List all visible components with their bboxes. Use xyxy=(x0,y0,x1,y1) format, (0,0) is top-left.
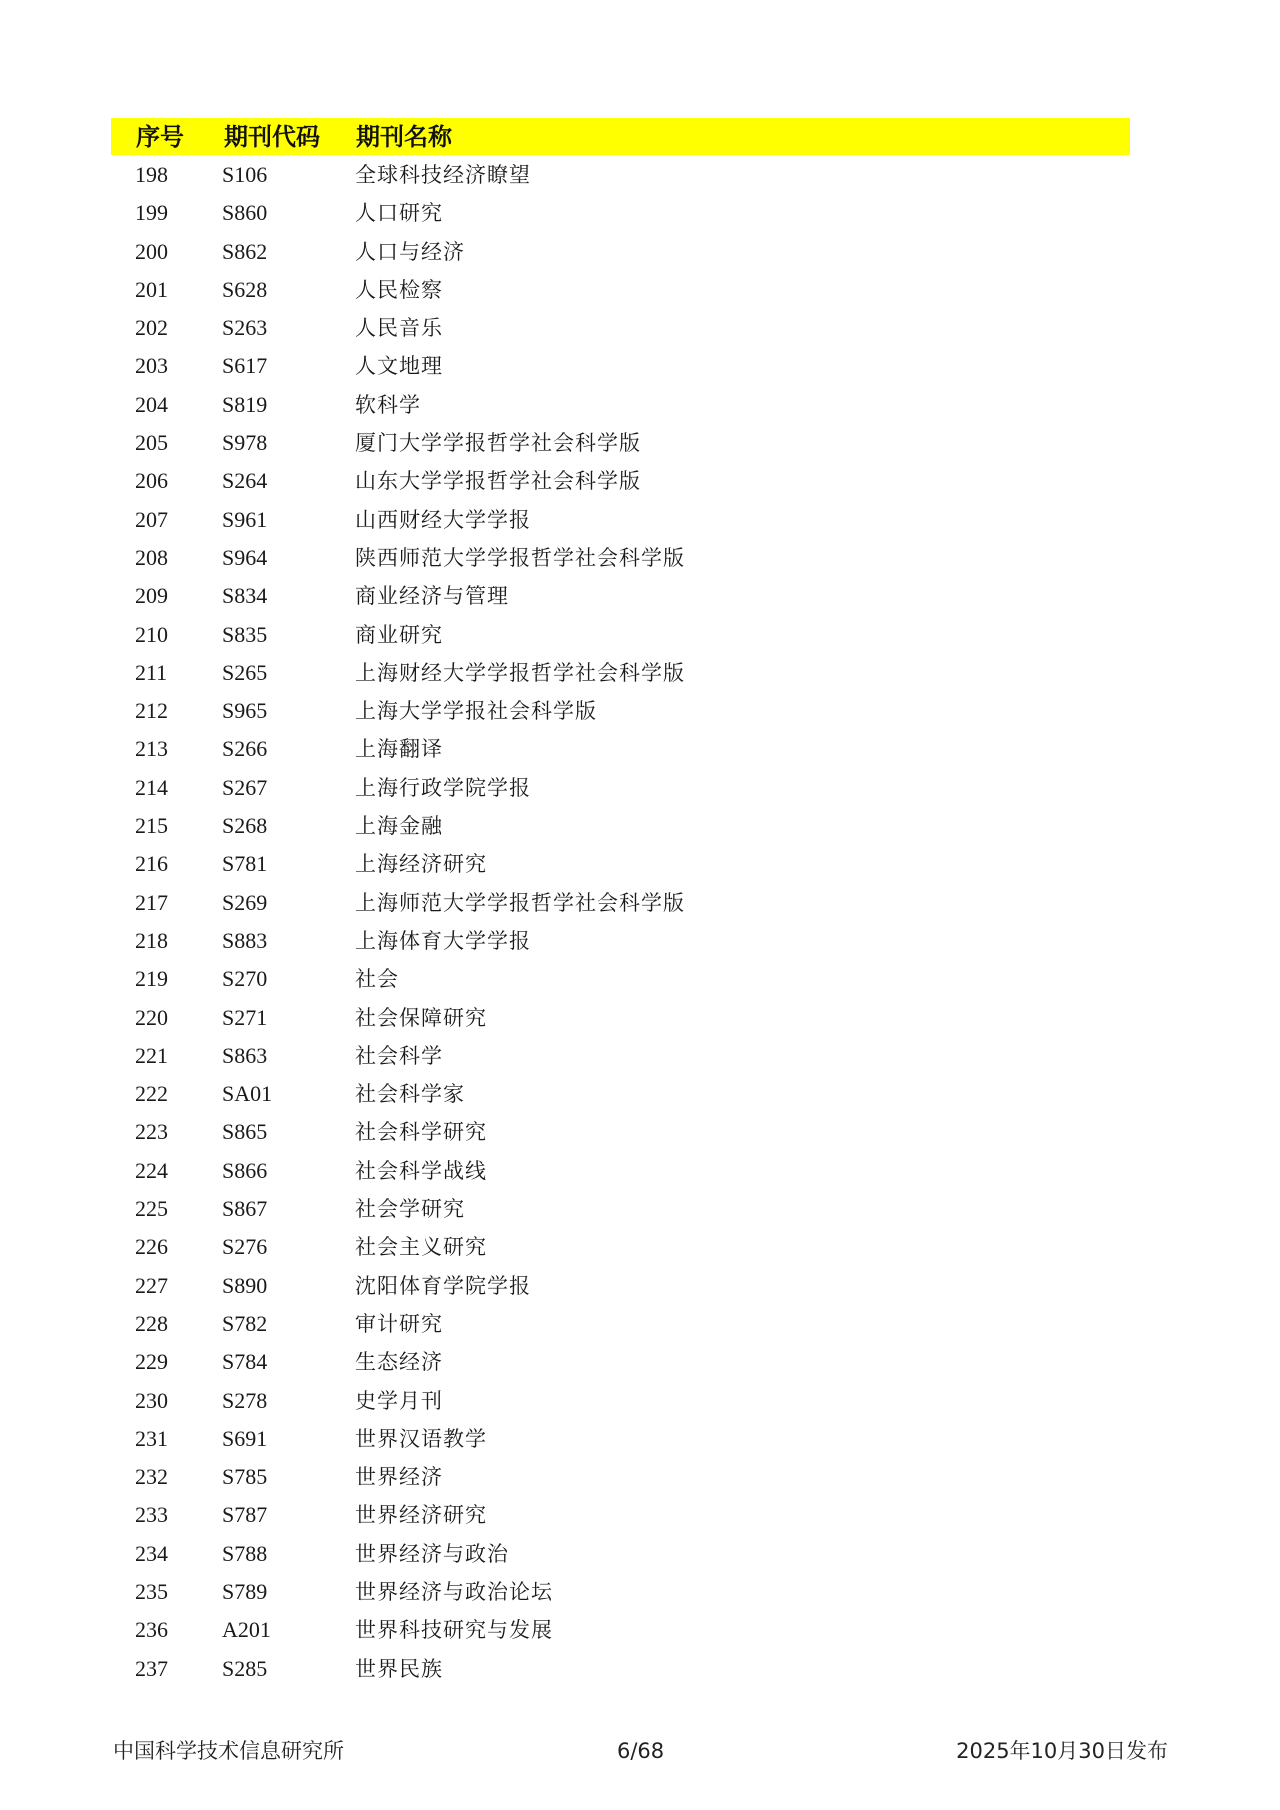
table-row: 202S263人民音乐 xyxy=(0,309,1280,347)
cell-name: 陕西师范大学学报哲学社会科学版 xyxy=(355,539,685,577)
cell-seq: 231 xyxy=(135,1420,168,1458)
cell-code: S961 xyxy=(222,501,267,539)
table-row: 198S106全球科技经济瞭望 xyxy=(0,156,1280,194)
cell-seq: 205 xyxy=(135,424,168,462)
cell-seq: 213 xyxy=(135,730,168,768)
cell-code: S787 xyxy=(222,1496,267,1534)
cell-code: S865 xyxy=(222,1113,267,1151)
cell-seq: 208 xyxy=(135,539,168,577)
cell-seq: 232 xyxy=(135,1458,168,1496)
cell-seq: 209 xyxy=(135,577,168,615)
table-row: 237S285世界民族 xyxy=(0,1650,1280,1688)
cell-code: S965 xyxy=(222,692,267,730)
cell-code: S789 xyxy=(222,1573,267,1611)
cell-code: S785 xyxy=(222,1458,267,1496)
cell-name: 商业研究 xyxy=(355,616,443,654)
cell-name: 世界民族 xyxy=(355,1650,443,1688)
cell-seq: 210 xyxy=(135,616,168,654)
table-row: 199S860人口研究 xyxy=(0,194,1280,232)
cell-name: 社会学研究 xyxy=(355,1190,465,1228)
table-row: 205S978厦门大学学报哲学社会科学版 xyxy=(0,424,1280,462)
cell-code: S691 xyxy=(222,1420,267,1458)
cell-name: 史学月刊 xyxy=(355,1382,443,1420)
cell-name: 世界经济研究 xyxy=(355,1496,487,1534)
table-row: 209S834商业经济与管理 xyxy=(0,577,1280,615)
table-row: 208S964陕西师范大学学报哲学社会科学版 xyxy=(0,539,1280,577)
cell-name: 上海经济研究 xyxy=(355,845,487,883)
document-page: 序号 期刊代码 期刊名称 198S106全球科技经济瞭望199S860人口研究2… xyxy=(0,0,1280,1810)
cell-code: A201 xyxy=(222,1611,271,1649)
table-row: 231S691世界汉语教学 xyxy=(0,1420,1280,1458)
cell-name: 全球科技经济瞭望 xyxy=(355,156,531,194)
table-row: 223S865社会科学研究 xyxy=(0,1113,1280,1151)
table-row: 200S862人口与经济 xyxy=(0,233,1280,271)
cell-seq: 220 xyxy=(135,999,168,1037)
cell-seq: 228 xyxy=(135,1305,168,1343)
cell-code: SA01 xyxy=(222,1075,272,1113)
cell-seq: 223 xyxy=(135,1113,168,1151)
table-row: 212S965上海大学学报社会科学版 xyxy=(0,692,1280,730)
cell-name: 社会主义研究 xyxy=(355,1228,487,1266)
table-row: 215S268上海金融 xyxy=(0,807,1280,845)
cell-code: S269 xyxy=(222,884,267,922)
table-row: 222SA01社会科学家 xyxy=(0,1075,1280,1113)
cell-seq: 218 xyxy=(135,922,168,960)
cell-seq: 225 xyxy=(135,1190,168,1228)
cell-code: S285 xyxy=(222,1650,267,1688)
cell-name: 社会科学战线 xyxy=(355,1152,487,1190)
table-row: 201S628人民检察 xyxy=(0,271,1280,309)
cell-code: S866 xyxy=(222,1152,267,1190)
header-seq: 序号 xyxy=(136,120,184,154)
footer-page-number: 6/68 xyxy=(617,1736,664,1766)
cell-code: S978 xyxy=(222,424,267,462)
table-row: 206S264山东大学学报哲学社会科学版 xyxy=(0,462,1280,500)
cell-code: S819 xyxy=(222,386,267,424)
cell-seq: 226 xyxy=(135,1228,168,1266)
table-body: 198S106全球科技经济瞭望199S860人口研究200S862人口与经济20… xyxy=(0,156,1280,1688)
cell-name: 沈阳体育学院学报 xyxy=(355,1267,531,1305)
table-row: 213S266上海翻译 xyxy=(0,730,1280,768)
cell-name: 世界经济与政治 xyxy=(355,1535,509,1573)
cell-name: 厦门大学学报哲学社会科学版 xyxy=(355,424,641,462)
cell-name: 山东大学学报哲学社会科学版 xyxy=(355,462,641,500)
cell-name: 人口研究 xyxy=(355,194,443,232)
table-row: 221S863社会科学 xyxy=(0,1037,1280,1075)
page-footer: 中国科学技术信息研究所 6/68 2025年10月30日发布 xyxy=(0,1736,1280,1766)
cell-code: S628 xyxy=(222,271,267,309)
cell-code: S271 xyxy=(222,999,267,1037)
cell-code: S782 xyxy=(222,1305,267,1343)
cell-name: 上海大学学报社会科学版 xyxy=(355,692,597,730)
table-row: 225S867社会学研究 xyxy=(0,1190,1280,1228)
cell-seq: 198 xyxy=(135,156,168,194)
cell-code: S883 xyxy=(222,922,267,960)
cell-name: 山西财经大学学报 xyxy=(355,501,531,539)
cell-seq: 235 xyxy=(135,1573,168,1611)
cell-seq: 233 xyxy=(135,1496,168,1534)
cell-code: S863 xyxy=(222,1037,267,1075)
table-row: 214S267上海行政学院学报 xyxy=(0,769,1280,807)
cell-code: S860 xyxy=(222,194,267,232)
cell-code: S890 xyxy=(222,1267,267,1305)
cell-name: 上海师范大学学报哲学社会科学版 xyxy=(355,884,685,922)
table-row: 228S782审计研究 xyxy=(0,1305,1280,1343)
cell-name: 上海行政学院学报 xyxy=(355,769,531,807)
cell-code: S265 xyxy=(222,654,267,692)
cell-name: 世界汉语教学 xyxy=(355,1420,487,1458)
table-row: 229S784生态经济 xyxy=(0,1343,1280,1381)
cell-seq: 219 xyxy=(135,960,168,998)
table-row: 234S788世界经济与政治 xyxy=(0,1535,1280,1573)
cell-name: 商业经济与管理 xyxy=(355,577,509,615)
footer-date: 2025年10月30日发布 xyxy=(956,1736,1168,1766)
cell-code: S784 xyxy=(222,1343,267,1381)
cell-seq: 202 xyxy=(135,309,168,347)
header-code: 期刊代码 xyxy=(224,120,320,154)
cell-name: 软科学 xyxy=(355,386,421,424)
table-row: 235S789世界经济与政治论坛 xyxy=(0,1573,1280,1611)
cell-seq: 234 xyxy=(135,1535,168,1573)
table-row: 226S276社会主义研究 xyxy=(0,1228,1280,1266)
cell-name: 社会 xyxy=(355,960,399,998)
table-row: 232S785世界经济 xyxy=(0,1458,1280,1496)
cell-seq: 229 xyxy=(135,1343,168,1381)
cell-code: S278 xyxy=(222,1382,267,1420)
cell-code: S106 xyxy=(222,156,267,194)
cell-seq: 207 xyxy=(135,501,168,539)
cell-name: 审计研究 xyxy=(355,1305,443,1343)
cell-seq: 206 xyxy=(135,462,168,500)
cell-name: 世界科技研究与发展 xyxy=(355,1611,553,1649)
cell-code: S267 xyxy=(222,769,267,807)
header-name: 期刊名称 xyxy=(356,120,452,154)
cell-seq: 236 xyxy=(135,1611,168,1649)
table-row: 216S781上海经济研究 xyxy=(0,845,1280,883)
cell-seq: 221 xyxy=(135,1037,168,1075)
cell-name: 人口与经济 xyxy=(355,233,465,271)
cell-code: S270 xyxy=(222,960,267,998)
cell-seq: 211 xyxy=(135,654,167,692)
cell-seq: 222 xyxy=(135,1075,168,1113)
cell-name: 上海财经大学学报哲学社会科学版 xyxy=(355,654,685,692)
cell-name: 人民音乐 xyxy=(355,309,443,347)
cell-seq: 204 xyxy=(135,386,168,424)
table-row: 203S617人文地理 xyxy=(0,347,1280,385)
cell-seq: 230 xyxy=(135,1382,168,1420)
cell-seq: 201 xyxy=(135,271,168,309)
cell-code: S781 xyxy=(222,845,267,883)
cell-name: 上海金融 xyxy=(355,807,443,845)
cell-name: 社会保障研究 xyxy=(355,999,487,1037)
table-row: 220S271社会保障研究 xyxy=(0,999,1280,1037)
table-row: 211S265上海财经大学学报哲学社会科学版 xyxy=(0,654,1280,692)
footer-publisher: 中国科学技术信息研究所 xyxy=(113,1736,344,1766)
table-row: 236A201世界科技研究与发展 xyxy=(0,1611,1280,1649)
cell-name: 人民检察 xyxy=(355,271,443,309)
cell-name: 世界经济与政治论坛 xyxy=(355,1573,553,1611)
table-row: 207S961山西财经大学学报 xyxy=(0,501,1280,539)
cell-code: S964 xyxy=(222,539,267,577)
table-row: 204S819软科学 xyxy=(0,386,1280,424)
cell-code: S276 xyxy=(222,1228,267,1266)
table-row: 233S787世界经济研究 xyxy=(0,1496,1280,1534)
cell-code: S834 xyxy=(222,577,267,615)
cell-name: 社会科学 xyxy=(355,1037,443,1075)
table-row: 227S890沈阳体育学院学报 xyxy=(0,1267,1280,1305)
cell-seq: 227 xyxy=(135,1267,168,1305)
table-header: 序号 期刊代码 期刊名称 xyxy=(111,118,1130,155)
cell-seq: 216 xyxy=(135,845,168,883)
cell-code: S788 xyxy=(222,1535,267,1573)
cell-seq: 212 xyxy=(135,692,168,730)
cell-name: 生态经济 xyxy=(355,1343,443,1381)
cell-seq: 200 xyxy=(135,233,168,271)
table-row: 218S883上海体育大学学报 xyxy=(0,922,1280,960)
cell-seq: 224 xyxy=(135,1152,168,1190)
cell-code: S263 xyxy=(222,309,267,347)
cell-code: S266 xyxy=(222,730,267,768)
cell-name: 上海体育大学学报 xyxy=(355,922,531,960)
cell-code: S862 xyxy=(222,233,267,271)
table-row: 224S866社会科学战线 xyxy=(0,1152,1280,1190)
cell-seq: 214 xyxy=(135,769,168,807)
table-row: 217S269上海师范大学学报哲学社会科学版 xyxy=(0,884,1280,922)
cell-name: 社会科学家 xyxy=(355,1075,465,1113)
cell-name: 世界经济 xyxy=(355,1458,443,1496)
cell-code: S835 xyxy=(222,616,267,654)
cell-code: S617 xyxy=(222,347,267,385)
table-row: 210S835商业研究 xyxy=(0,616,1280,654)
cell-code: S867 xyxy=(222,1190,267,1228)
cell-code: S268 xyxy=(222,807,267,845)
table-row: 230S278史学月刊 xyxy=(0,1382,1280,1420)
table-row: 219S270社会 xyxy=(0,960,1280,998)
cell-code: S264 xyxy=(222,462,267,500)
cell-name: 社会科学研究 xyxy=(355,1113,487,1151)
cell-seq: 217 xyxy=(135,884,168,922)
cell-seq: 237 xyxy=(135,1650,168,1688)
cell-seq: 203 xyxy=(135,347,168,385)
cell-name: 上海翻译 xyxy=(355,730,443,768)
cell-seq: 199 xyxy=(135,194,168,232)
cell-seq: 215 xyxy=(135,807,168,845)
cell-name: 人文地理 xyxy=(355,347,443,385)
